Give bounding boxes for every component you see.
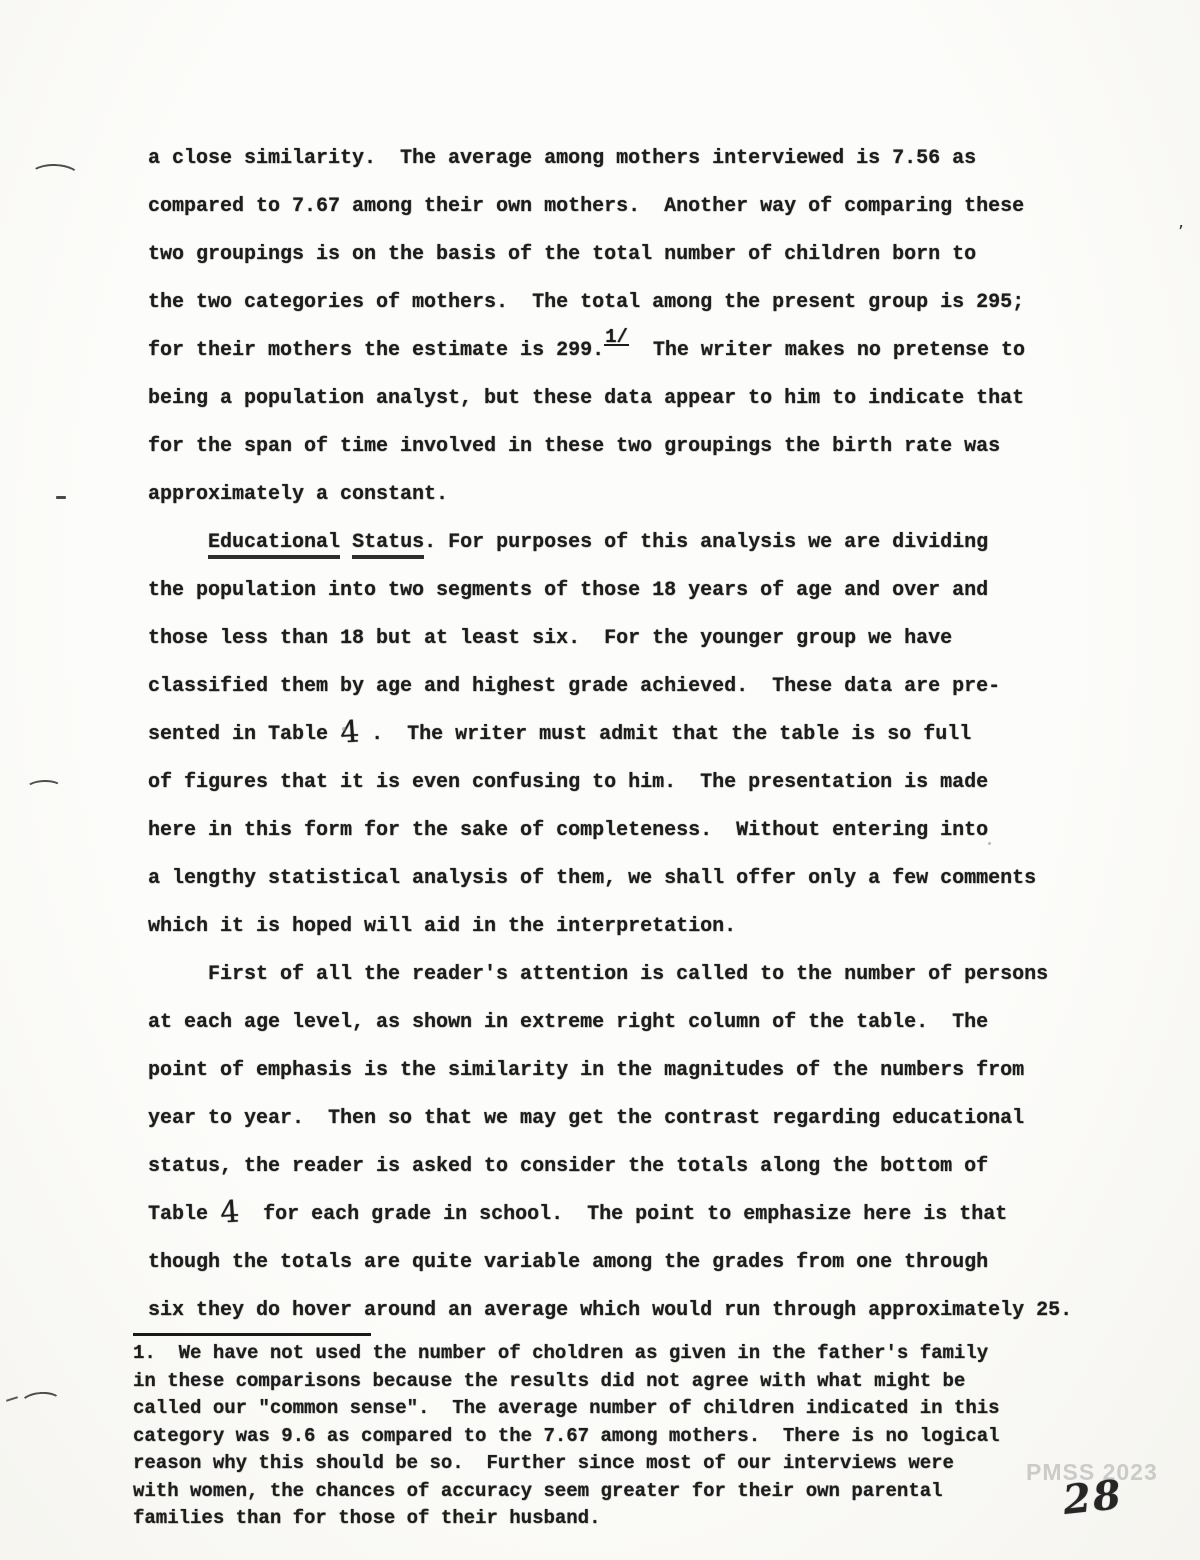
typed-text: for each grade in school. The point to e… xyxy=(239,1203,1007,1226)
text-line: six they do hover around an average whic… xyxy=(148,1287,1138,1335)
typed-text: point of emphasis is the similarity in t… xyxy=(148,1059,1024,1082)
margin-mark-arc-bottom xyxy=(19,1391,62,1416)
text-line: First of all the reader's attention is c… xyxy=(148,951,1138,999)
footnote-line: called our "common sense". The average n… xyxy=(133,1395,1133,1423)
text-line: for the span of time involved in these t… xyxy=(148,423,1138,471)
typed-text: approximately a constant. xyxy=(148,483,448,506)
page-number-handwritten: 28 xyxy=(1061,1471,1125,1524)
text-line: a close similarity. The average among mo… xyxy=(148,135,1138,183)
typed-text: two groupings is on the basis of the tot… xyxy=(148,243,976,266)
margin-mark-arc-middle xyxy=(26,779,63,796)
text-line: Educational Status. For purposes of this… xyxy=(148,519,1138,567)
footnote-line: with women, the chances of accuracy seem… xyxy=(133,1478,1133,1506)
typed-text: . The writer must admit that the table i… xyxy=(359,723,971,746)
text-line: year to year. Then so that we may get th… xyxy=(148,1095,1138,1143)
section-heading-underlined: Status xyxy=(352,531,424,559)
typed-text: status, the reader is asked to consider … xyxy=(148,1155,988,1178)
typed-text: First of all the reader's attention is c… xyxy=(148,963,1048,986)
text-line: those less than 18 but at least six. For… xyxy=(148,615,1138,663)
footnote-line: in these comparisons because the results… xyxy=(133,1368,1133,1396)
scan-speck xyxy=(988,842,991,845)
typed-text xyxy=(340,531,352,554)
text-line: though the totals are quite variable amo… xyxy=(148,1239,1138,1287)
typed-text: of figures that it is even confusing to … xyxy=(148,771,988,794)
footnote-line: reason why this should be so. Further si… xyxy=(133,1450,1133,1478)
typed-text: The writer makes no pretense to xyxy=(629,339,1025,362)
typed-text: a close similarity. The average among mo… xyxy=(148,147,976,170)
text-line: two groupings is on the basis of the tot… xyxy=(148,231,1138,279)
margin-mark-dash xyxy=(56,496,66,499)
text-line: compared to 7.67 among their own mothers… xyxy=(148,183,1138,231)
scan-speck xyxy=(430,1116,433,1119)
text-line: for their mothers the estimate is 299.1/… xyxy=(148,327,1138,375)
typed-text: for their mothers the estimate is 299. xyxy=(148,339,604,362)
text-line: status, the reader is asked to consider … xyxy=(148,1143,1138,1191)
typed-text-block: a close similarity. The average among mo… xyxy=(148,135,1138,1335)
typed-text: Table xyxy=(148,1203,220,1226)
typed-text: sented in Table xyxy=(148,723,340,746)
text-line: the population into two segments of thos… xyxy=(148,567,1138,615)
stray-ink-mark: ’ xyxy=(1178,222,1184,243)
margin-mark-arc-top xyxy=(30,163,81,189)
typed-text: classified them by age and highest grade… xyxy=(148,675,1000,698)
typed-text: for the span of time involved in these t… xyxy=(148,435,1000,458)
text-line: the two categories of mothers. The total… xyxy=(148,279,1138,327)
text-line: which it is hoped will aid in the interp… xyxy=(148,903,1138,951)
typed-text: being a population analyst, but these da… xyxy=(148,387,1024,410)
footnote-block: 1. We have not used the number of choldr… xyxy=(133,1340,1133,1533)
typed-text xyxy=(148,531,208,554)
typed-text: the population into two segments of thos… xyxy=(148,579,988,602)
footnote-rule xyxy=(133,1333,371,1336)
text-line: here in this form for the sake of comple… xyxy=(148,807,1138,855)
typed-text: the two categories of mothers. The total… xyxy=(148,291,1024,314)
scan-speck xyxy=(671,687,674,690)
text-line: Table 4 for each grade in school. The po… xyxy=(148,1191,1138,1239)
text-line: at each age level, as shown in extreme r… xyxy=(148,999,1138,1047)
section-heading-underlined: Educational xyxy=(208,531,340,559)
typed-text: six they do hover around an average whic… xyxy=(148,1299,1072,1322)
typed-text: . For purposes of this analysis we are d… xyxy=(424,531,988,554)
text-line: point of emphasis is the similarity in t… xyxy=(148,1047,1138,1095)
text-line: of figures that it is even confusing to … xyxy=(148,759,1138,807)
document-page: ’ a close similarity. The average among … xyxy=(0,0,1200,1560)
typed-text: at each age level, as shown in extreme r… xyxy=(148,1011,988,1034)
typed-text: though the totals are quite variable amo… xyxy=(148,1251,988,1274)
text-line: being a population analyst, but these da… xyxy=(148,375,1138,423)
text-line: a lengthy statistical analysis of them, … xyxy=(148,855,1138,903)
scan-speck xyxy=(342,727,346,731)
text-line: approximately a constant. xyxy=(148,471,1138,519)
typed-text: compared to 7.67 among their own mothers… xyxy=(148,195,1024,218)
footnote-marker-superscript: 1/ xyxy=(604,330,629,346)
footnote-line: category was 9.6 as compared to the 7.67… xyxy=(133,1423,1133,1451)
footnote-line: 1. We have not used the number of choldr… xyxy=(133,1340,1133,1368)
margin-mark-tick xyxy=(6,1396,18,1402)
typed-text: year to year. Then so that we may get th… xyxy=(148,1107,1024,1130)
footnote-line: families than for those of their husband… xyxy=(133,1505,1133,1533)
handwritten-table-number: 4 xyxy=(220,1212,239,1213)
typed-text: a lengthy statistical analysis of them, … xyxy=(148,867,1036,890)
text-line: classified them by age and highest grade… xyxy=(148,663,1138,711)
typed-text: here in this form for the sake of comple… xyxy=(148,819,988,842)
handwritten-table-number: 4 xyxy=(340,732,359,733)
text-line: sented in Table 4 . The writer must admi… xyxy=(148,711,1138,759)
typed-text: which it is hoped will aid in the interp… xyxy=(148,915,736,938)
typed-text: those less than 18 but at least six. For… xyxy=(148,627,952,650)
